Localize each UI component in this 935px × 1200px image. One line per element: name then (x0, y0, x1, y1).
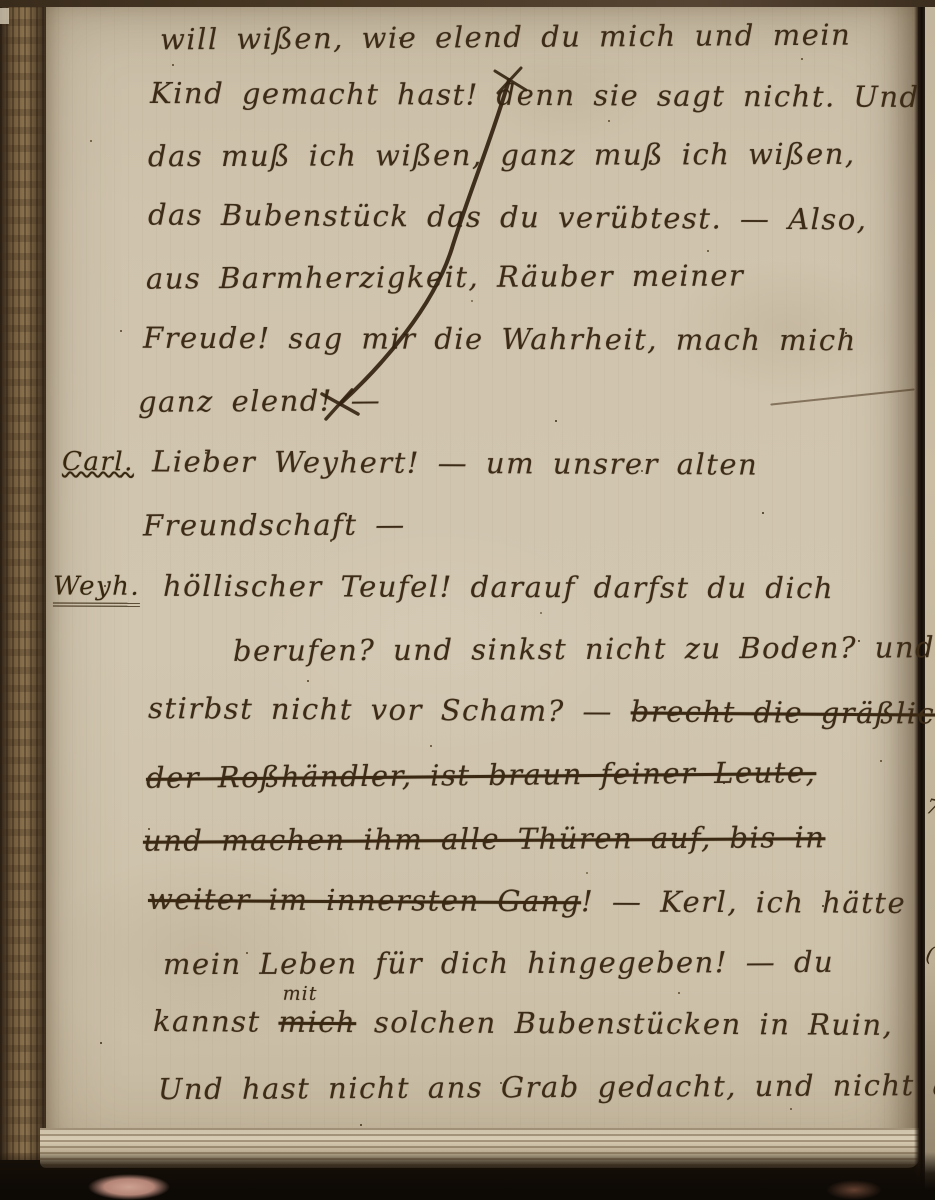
line-text: Lieber Weyhert! — um unsrer alten (152, 444, 758, 481)
manuscript-line: mein Leben für dich hingegeben! — du (163, 947, 834, 981)
line-text: aus Barmherzigkeit, Räuber meiner (146, 258, 745, 295)
line-text: will wißen, wie elend du mich und mein (160, 18, 852, 57)
line-text: das Bubenstück das du verübtest. — Also, (148, 197, 868, 236)
line-text: ! — Kerl, ich hätte (581, 884, 906, 920)
struck-text: brecht die gräßlichen (631, 694, 935, 731)
manuscript-line: Freude! sag mir die Wahrheit, mach mich (143, 323, 857, 357)
speaker-label: Weyh. (53, 572, 140, 606)
manuscript-scan: will wißen, wie elend du mich und meinKi… (0, 0, 935, 1200)
line-text: Freude! sag mir die Wahrheit, mach mich (143, 321, 857, 357)
struck-text: und machen ihm alle Thüren auf, bis in (143, 820, 826, 858)
manuscript-line: der Roßhändler, ist braun feiner Leute, (146, 757, 817, 795)
line-text: kannst (153, 1004, 279, 1039)
struck-text: der Roßhändler, ist braun feiner Leute, (146, 755, 817, 795)
manuscript-line: ganz elend! — (138, 385, 381, 419)
line-text: das muß ich wißen, ganz muß ich wißen, (148, 137, 856, 173)
line-text: Freundschaft — (143, 508, 406, 543)
line-text: berufen? und sinkst nicht zu Boden? und (233, 630, 935, 668)
line-text: mein Leben für dich hingegeben! — du (163, 945, 834, 981)
manuscript-line: und machen ihm alle Thüren auf, bis in (143, 822, 826, 857)
line-text: stirbst nicht vor Scham? — (148, 691, 631, 728)
inserted-word: mit (283, 984, 318, 1005)
manuscript-line: das muß ich wißen, ganz muß ich wißen, (148, 139, 856, 173)
manuscript-line: Freundschaft — (143, 510, 406, 543)
line-text: Kind gemacht hast! denn sie sagt nicht. … (150, 76, 920, 114)
manuscript-line: Und hast nicht ans Grab gedacht, und nic… (158, 1070, 935, 1106)
line-text: höllischer Teufel! darauf darfst du dich (163, 569, 834, 605)
manuscript-line: Weyh.höllischer Teufel! darauf darfst du… (163, 571, 834, 605)
struck-text: weiter im innersten Gang (148, 882, 581, 918)
line-text: Und hast nicht ans Grab gedacht, und nic… (158, 1068, 935, 1106)
manuscript-line: weiter im innersten Gang! — Kerl, ich hä… (148, 884, 906, 920)
manuscript-line: will wißen, wie elend du mich und mein (160, 20, 851, 57)
manuscript-line: das Bubenstück das du verübtest. — Also, (148, 199, 868, 236)
line-text: solchen Bubenstücken in Ruin, (356, 1005, 893, 1042)
manuscript-line: berufen? und sinkst nicht zu Boden? und (233, 632, 935, 668)
speaker-label: Carl. (62, 448, 134, 477)
manuscript-line: Carl.Lieber Weyhert! — um unsrer alten (152, 446, 758, 481)
line-text: ganz elend! — (138, 383, 381, 419)
manuscript-line: aus Barmherzigkeit, Räuber meiner (146, 260, 745, 295)
handwritten-text-block: will wißen, wie elend du mich und meinKi… (0, 0, 935, 1200)
manuscript-line: kannst mitmich solchen Bubenstücken in R… (153, 1006, 894, 1042)
manuscript-line: Kind gemacht hast! denn sie sagt nicht. … (150, 78, 920, 114)
struck-text: mitmich (278, 1005, 356, 1039)
manuscript-line: stirbst nicht vor Scham? — brecht die gr… (148, 693, 935, 731)
